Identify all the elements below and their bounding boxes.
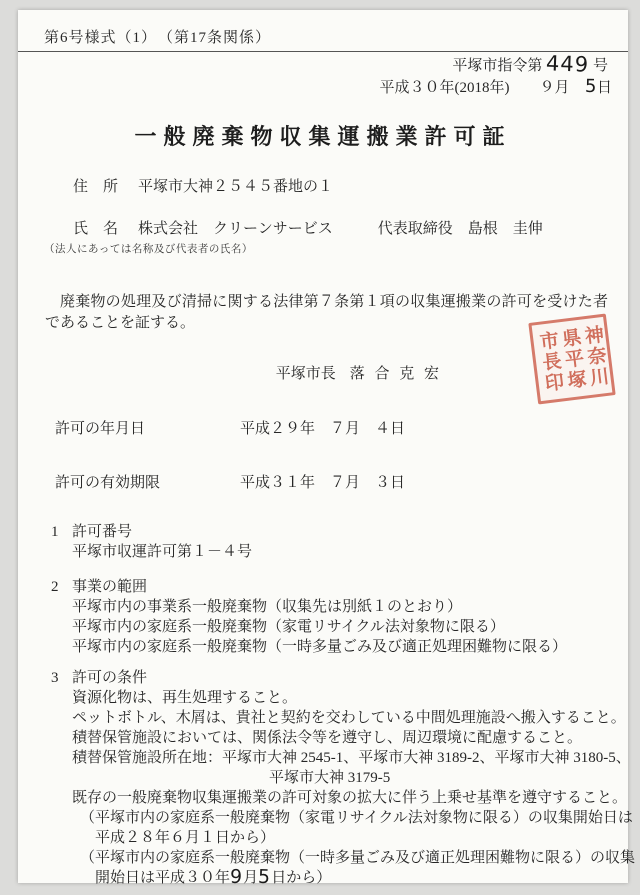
section-3-heading-row: 3許可の条件 [18,668,628,688]
section-3-heading: 許可の条件 [72,668,147,688]
issue-day-handwritten: 5 [584,78,597,96]
scope-line: 平塚市内の事業系一般廃棄物（収集先は別紙１のとおり） [72,597,628,617]
directive-number-line: 平塚市指令第 449 号 [18,54,628,78]
last-line-prefix: 開始日は平成３０年 [95,870,230,886]
directive-number-handwritten: 449 [546,54,590,73]
corporate-name-note: （法人にあっては名称及び代表者の氏名） [44,241,628,256]
condition-line: ペットボトル、木屑は、貴社と契約を交わしている中間処理施設へ搬入すること。 [72,708,628,728]
holder-block: 住 所平塚市大神２５４５番地の１ 氏 名株式会社 クリーンサービス 代表取締役 … [18,177,628,256]
address-value: 平塚市大神２５４５番地の１ [138,179,333,195]
document-page: 第6号様式（1） （第17条関係） 平塚市指令第 449 号 平成３０年(201… [18,10,628,883]
condition-line: 資源化物は、再生処理すること。 [72,688,628,708]
section-1-number: 1 [51,522,72,542]
section-3-number: 3 [51,668,72,688]
mayor-title: 平塚市長 [276,366,336,382]
expiry-date-row: 許可の有効期限平成３１年 ７月 ３日 [18,473,628,493]
name-value: 株式会社 クリーンサービス 代表取締役 島根 圭伸 [138,221,543,237]
condition-paren-line-cont: 平成２８年６月１日から） [72,828,628,848]
directive-suffix: 号 [593,58,608,74]
section-2-heading: 事業の範囲 [72,577,147,597]
permit-date-row: 許可の年月日平成２９年 ７月 ４日 [18,419,628,439]
condition-last-line: 開始日は平成３０年9月5日から） [72,868,628,888]
condition-paren-line: （平塚市内の家庭系一般廃棄物（一時多量ごみ及び適正処理困難物に限る）の収集 [72,848,628,868]
issue-date-line: 平成３０年(2018年) ９月 5日 [18,78,628,98]
condition-line-storage-sites-cont: 平塚市大神 3179-5 [72,768,628,788]
section-permit-number: 1許可番号 平塚市収運許可第１－４号 [18,522,628,562]
condition-paren-line: （平塚市内の家庭系一般廃棄物（家電リサイクル法対象物に限る）の収集開始日は [72,808,628,828]
expiry-date-value: 平成３１年 ７月 ３日 [240,473,405,493]
permit-number-value: 平塚市収運許可第１－４号 [72,542,628,562]
permit-date-label: 許可の年月日 [55,419,240,439]
condition-line: 積替保管施設においては、関係法令等を遵守し、周辺環境に配慮すること。 [72,728,628,748]
condition-line: 既存の一般廃棄物収集運搬業の許可対象の拡大に伴う上乗せ基準を遵守すること。 [72,788,628,808]
section-1-heading: 許可番号 [72,522,132,542]
last-line-month-unit: 月 [243,870,258,886]
name-label: 氏 名 [73,219,121,239]
permit-date-value: 平成２９年 ７月 ４日 [240,419,405,439]
start-day-handwritten: 5 [258,870,272,884]
holder-address-row: 住 所平塚市大神２５４５番地の１ [18,177,628,197]
section-2-number: 2 [51,577,72,597]
start-month-handwritten: 9 [230,870,244,884]
scope-line: 平塚市内の家庭系一般廃棄物（家電リサイクル法対象物に限る） [72,617,628,637]
section-1-heading-row: 1許可番号 [18,522,628,542]
section-business-scope: 2事業の範囲 平塚市内の事業系一般廃棄物（収集先は別紙１のとおり） 平塚市内の家… [18,577,628,657]
scope-line: 平塚市内の家庭系一般廃棄物（一時多量ごみ及び適正処理困難物に限る） [72,637,628,657]
address-label: 住 所 [73,177,121,197]
issue-date-suffix: 日 [597,80,612,96]
section-conditions: 3許可の条件 資源化物は、再生処理すること。 ペットボトル、木屑は、貴社と契約を… [18,668,628,888]
issue-date-prefix: 平成３０年(2018年) ９月 [380,80,570,96]
mayor-name: 落 合 克 宏 [350,366,442,382]
holder-name-row: 氏 名株式会社 クリーンサービス 代表取締役 島根 圭伸 [18,219,628,239]
header-rule [18,51,628,52]
form-number-label: 第6号様式（1） （第17条関係） [44,26,628,47]
condition-line-storage-sites: 積替保管施設所在地：平塚市大神 2545-1、平塚市大神 3189-2、平塚市大… [72,748,628,768]
document-title: 一般廃棄物収集運搬業許可証 [18,120,628,151]
expiry-date-label: 許可の有効期限 [55,473,240,493]
official-seal-stamp: 神奈川 県平塚 市長印 [528,314,615,405]
directive-prefix: 平塚市指令第 [452,58,542,74]
last-line-suffix: 日から） [271,870,331,886]
section-2-heading-row: 2事業の範囲 [18,577,628,597]
certification-paragraph: 廃棄物の処理及び清掃に関する法律第７条第１項の収集運搬業の許可を受けた者であるこ… [45,292,608,334]
